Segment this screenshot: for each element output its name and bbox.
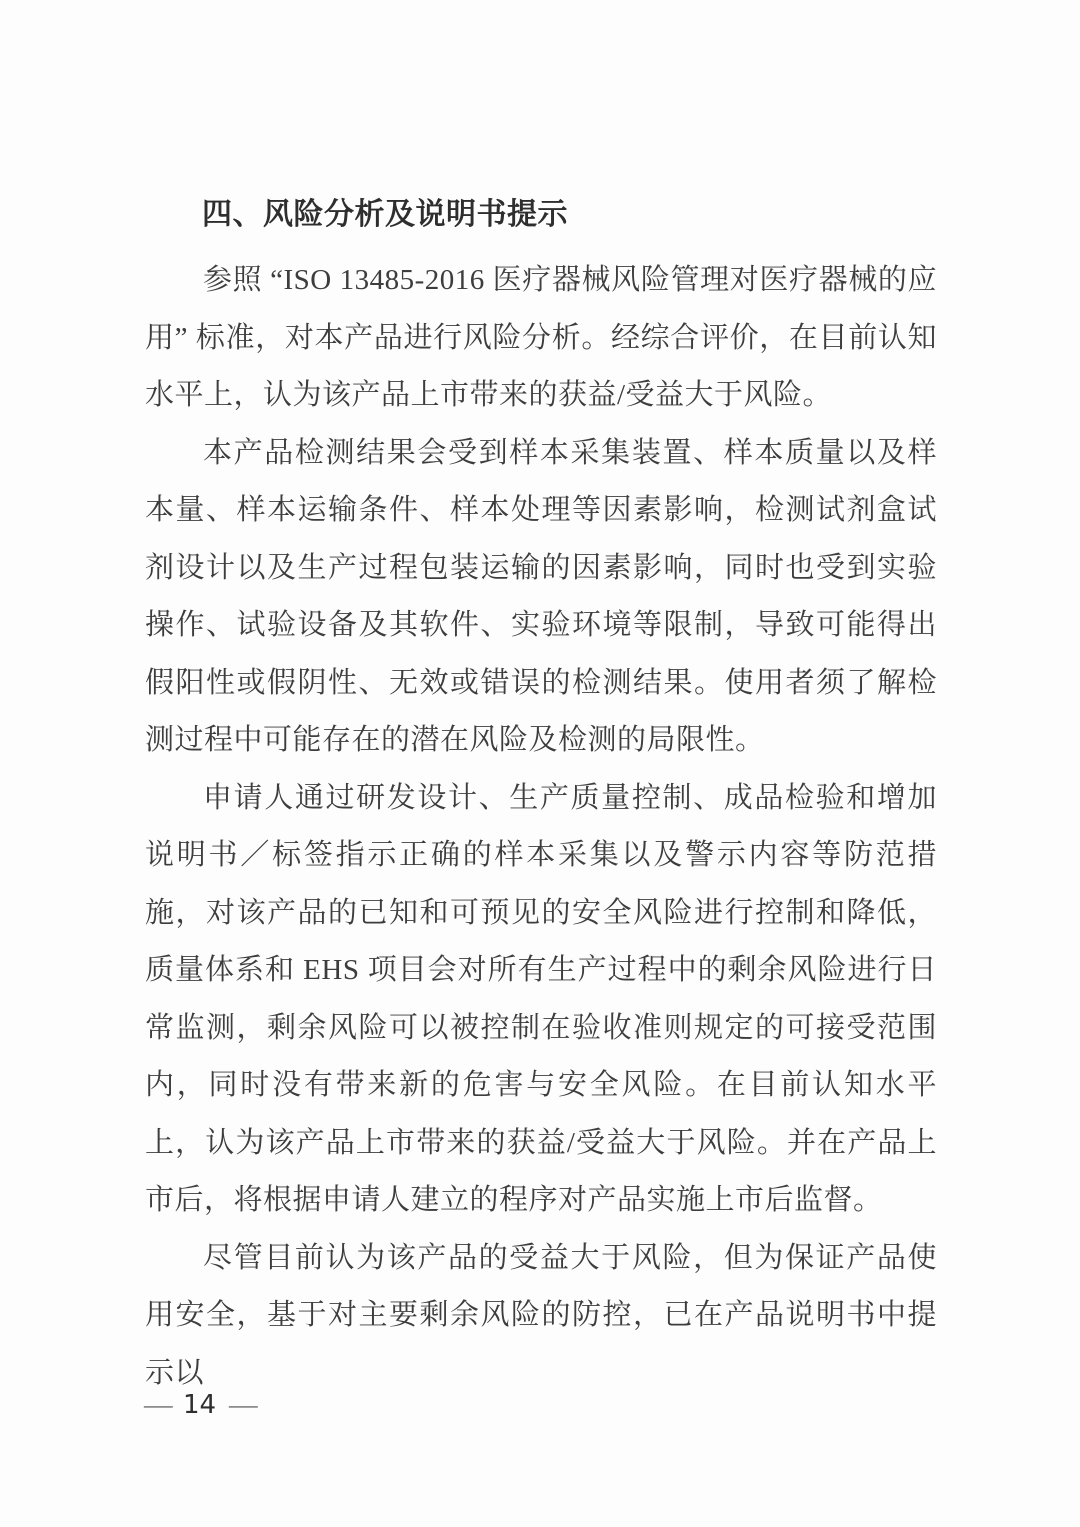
paragraphs-container: 参照 “ISO 13485-2016 医疗器械风险管理对医疗器械的应用” 标准，… [145, 252, 937, 1402]
document-page: 四、风险分析及说明书提示 参照 “ISO 13485-2016 医疗器械风险管理… [0, 0, 1080, 1527]
body-paragraph-3: 申请人通过研发设计、生产质量控制、成品检验和增加说明书／标签指示正确的样本采集以… [145, 770, 937, 1230]
body-paragraph-1: 参照 “ISO 13485-2016 医疗器械风险管理对医疗器械的应用” 标准，… [145, 252, 937, 425]
section-heading: 四、风险分析及说明书提示 [145, 186, 937, 243]
page-content: 四、风险分析及说明书提示 参照 “ISO 13485-2016 医疗器械风险管理… [145, 186, 937, 1402]
page-footer: — 14 — [147, 1390, 252, 1420]
footer-left-dash: — [144, 1392, 170, 1418]
page-number: 14 [183, 1390, 216, 1420]
body-paragraph-2: 本产品检测结果会受到样本采集装置、样本质量以及样本量、样本运输条件、样本处理等因… [145, 425, 937, 770]
footer-right-dash: — [229, 1392, 255, 1418]
body-paragraph-4: 尽管目前认为该产品的受益大于风险，但为保证产品使用安全，基于对主要剩余风险的防控… [145, 1230, 937, 1403]
